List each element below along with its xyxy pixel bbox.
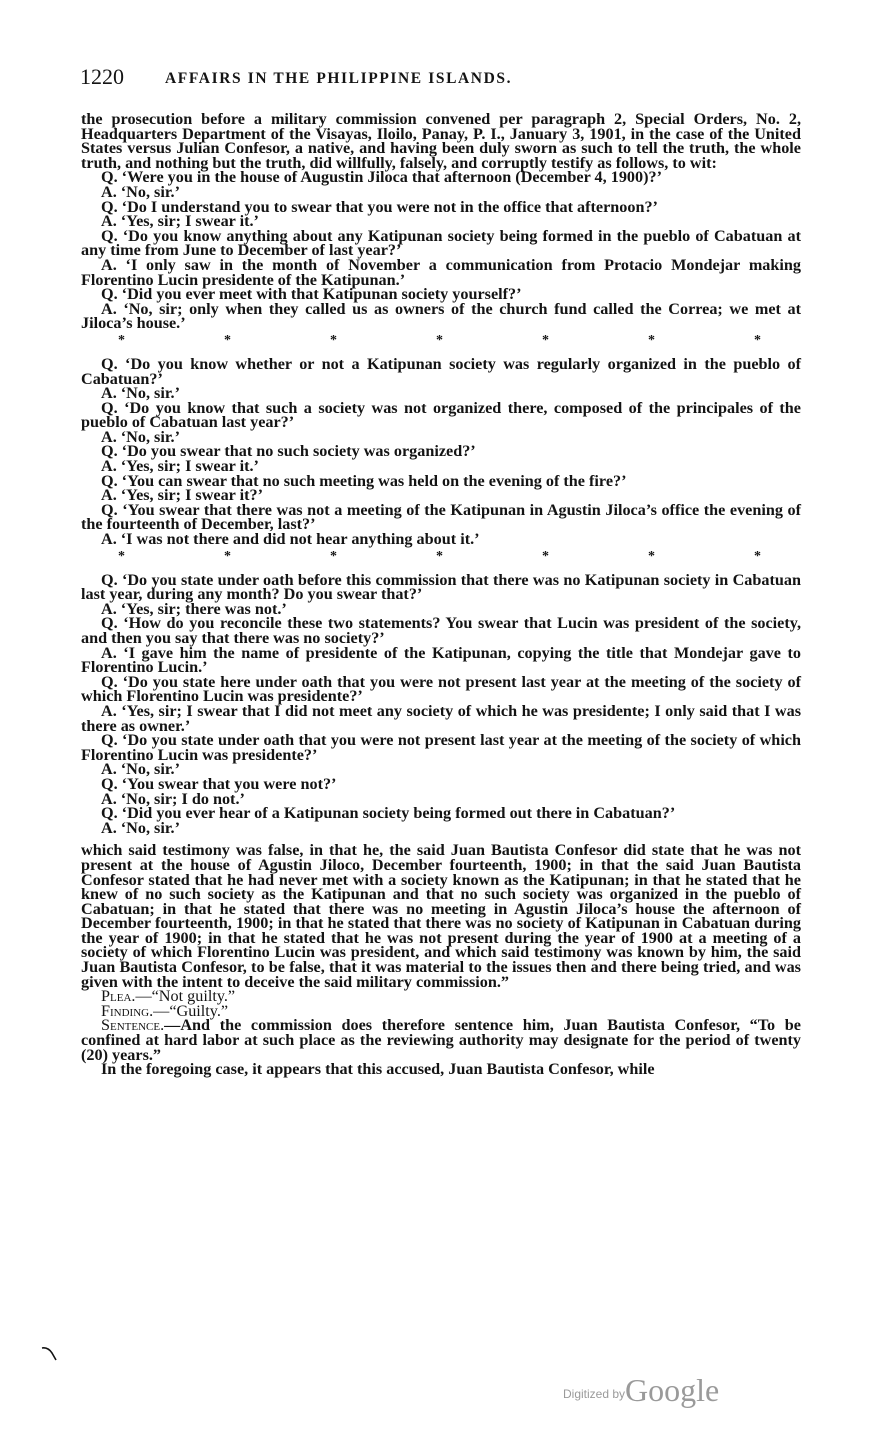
qa-line: Q. ‘How do you reconcile these two state… (81, 616, 801, 645)
testimony-section-1: Q. ‘Were you in the house of Augustin Ji… (81, 170, 801, 331)
ellipsis-stars-2: ******* (81, 547, 801, 573)
ellipsis-star: * (330, 549, 337, 565)
ellipsis-star: * (648, 549, 655, 565)
ellipsis-star: * (118, 333, 125, 349)
conclusion-paragraph: which said testimony was false, in that … (81, 843, 801, 989)
ellipsis-star: * (118, 549, 125, 565)
ellipsis-star: * (542, 549, 549, 565)
ellipsis-star: * (648, 333, 655, 349)
ellipsis-star: * (436, 333, 443, 349)
qa-line: Q. ‘Do you state under oath before this … (81, 573, 801, 602)
running-head: AFFAIRS IN THE PHILIPPINE ISLANDS. (165, 70, 512, 88)
intro-paragraph: the prosecution before a military commis… (81, 112, 801, 170)
qa-line: A. ‘No, sir; only when they called us as… (81, 302, 801, 331)
ellipsis-star: * (330, 333, 337, 349)
qa-line: Q. ‘Were you in the house of Augustin Ji… (81, 170, 801, 185)
ellipsis-star: * (224, 549, 231, 565)
qa-line: A. ‘Yes, sir; I swear that I did not mee… (81, 704, 801, 733)
qa-line: Q. ‘Do you know anything about any Katip… (81, 229, 801, 258)
sentence: Sentence.—And the commission does theref… (81, 1018, 801, 1062)
ellipsis-star: * (754, 333, 761, 349)
qa-line: Q. ‘Do you state here under oath that yo… (81, 675, 801, 704)
page-number: 1220 (80, 64, 124, 90)
qa-line: Q. ‘Do you know that such a society was … (81, 401, 801, 430)
digitized-by-google-watermark: Digitized byGoogle (563, 1372, 719, 1409)
ellipsis-star: * (436, 549, 443, 565)
qa-line: A. ‘I gave him the name of presidente of… (81, 646, 801, 675)
body-text: the prosecution before a military commis… (81, 112, 801, 1077)
qa-line: Q. ‘You swear that there was not a meeti… (81, 503, 801, 532)
testimony-section-3: Q. ‘Do you state under oath before this … (81, 573, 801, 836)
ellipsis-star: * (542, 333, 549, 349)
qa-line: Q. ‘Did you ever hear of a Katipunan soc… (81, 806, 801, 821)
qa-line: A. ‘I only saw in the month of November … (81, 258, 801, 287)
qa-line: Q. ‘Do you state under oath that you wer… (81, 733, 801, 762)
watermark-brand: Google (625, 1372, 719, 1408)
pen-mark-icon (40, 1345, 66, 1365)
ellipsis-stars-1: ******* (81, 331, 801, 357)
qa-line: A. ‘No, sir.’ (81, 821, 801, 836)
ellipsis-star: * (224, 333, 231, 349)
closing-paragraph: In the foregoing case, it appears that t… (81, 1062, 801, 1077)
qa-line: Q. ‘Do you know whether or not a Katipun… (81, 357, 801, 386)
qa-line: A. ‘I was not there and did not hear any… (81, 532, 801, 547)
page-header: 1220 AFFAIRS IN THE PHILIPPINE ISLANDS. (80, 64, 800, 94)
testimony-section-2: Q. ‘Do you know whether or not a Katipun… (81, 357, 801, 547)
ellipsis-star: * (754, 549, 761, 565)
watermark-prefix: Digitized by (563, 1387, 625, 1401)
sentence-text: —And the commission does therefore sente… (81, 1016, 801, 1063)
